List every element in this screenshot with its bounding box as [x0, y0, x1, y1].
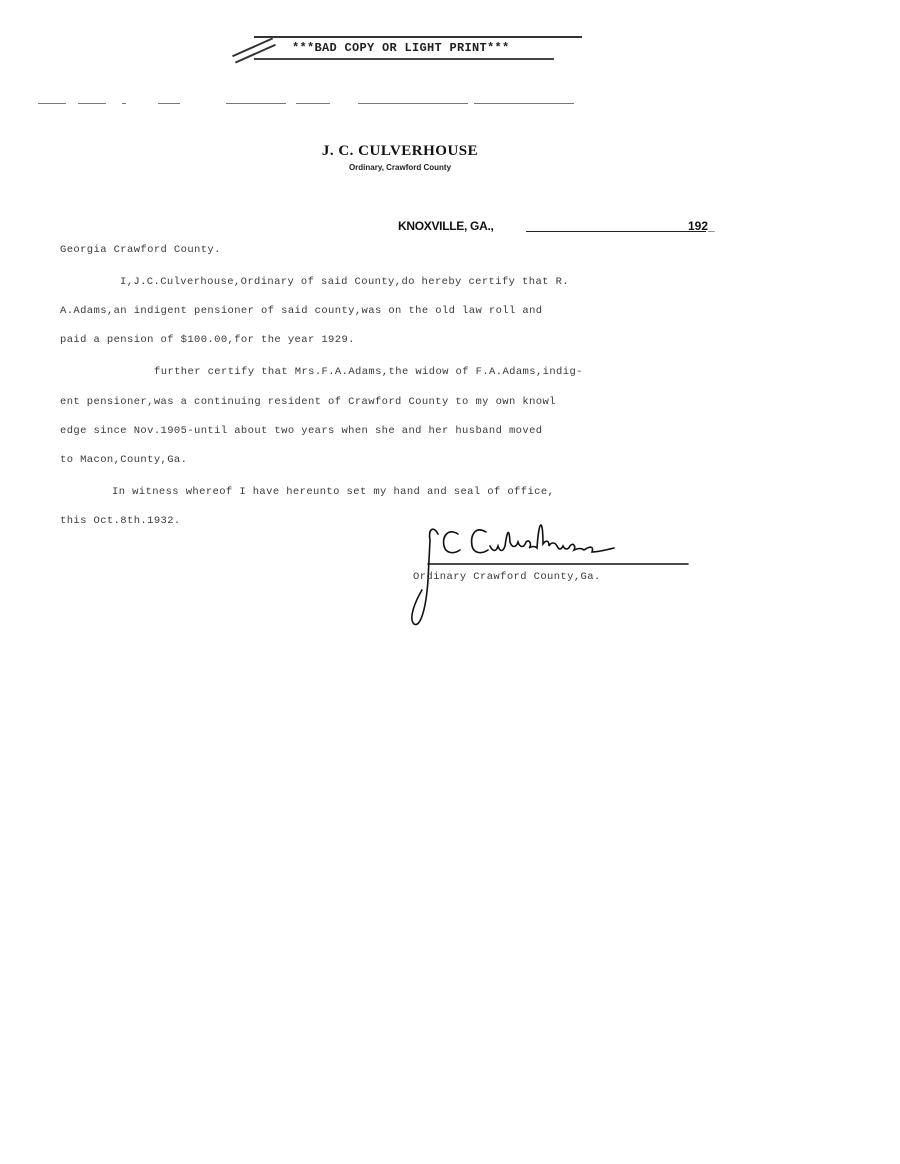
date-blank-line — [526, 231, 706, 232]
dateline-city: KNOXVILLE, GA., — [398, 219, 494, 233]
paragraph-1-line-3: paid a pension of $100.00,for the year 1… — [60, 334, 355, 346]
bad-copy-stamp: ***BAD COPY OR LIGHT PRINT*** — [232, 36, 584, 66]
paragraph-2-line-2: ent pensioner,was a continuing resident … — [60, 396, 556, 408]
dateline-year: 192_ — [688, 219, 715, 233]
stamp-text: ***BAD COPY OR LIGHT PRINT*** — [292, 41, 510, 55]
paragraph-1-line-2: A.Adams,an indigent pensioner of said co… — [60, 305, 542, 317]
dateline: KNOXVILLE, GA., 192_ — [398, 219, 728, 235]
stamp-rule-bottom — [254, 58, 554, 60]
stamp-rule-top — [254, 36, 582, 38]
paragraph-2-line-1: further certify that Mrs.F.A.Adams,the w… — [154, 366, 583, 378]
paragraph-3-line-1: In witness whereof I have hereunto set m… — [112, 486, 554, 498]
signature-title: Ordinary Crawford County,Ga. — [413, 571, 601, 583]
letterhead-name: J. C. CULVERHOUSE — [290, 143, 510, 160]
paragraph-2-line-4: to Macon,County,Ga. — [60, 454, 187, 466]
letterhead: J. C. CULVERHOUSE Ordinary, Crawford Cou… — [290, 143, 510, 172]
paragraph-1-line-1: I,J.C.Culverhouse,Ordinary of said Count… — [120, 276, 569, 288]
letterhead-title: Ordinary, Crawford County — [290, 163, 510, 172]
paragraph-3-line-2: this Oct.8th.1932. — [60, 515, 181, 527]
salutation: Georgia Crawford County. — [60, 244, 221, 256]
paragraph-2-line-3: edge since Nov.1905-until about two year… — [60, 425, 542, 437]
faint-rule-line — [38, 103, 578, 105]
